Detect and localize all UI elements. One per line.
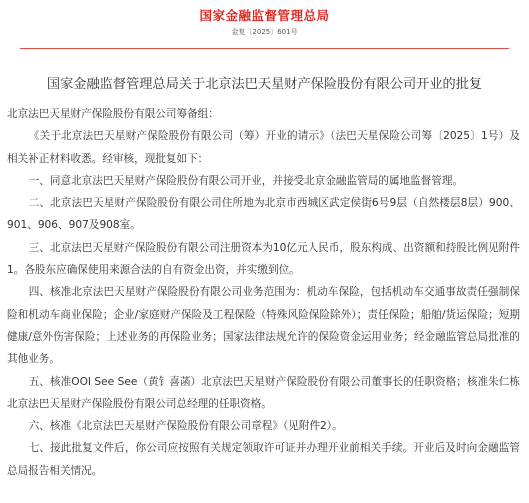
paragraph-2: 二、北京法巴天星财产保险股份有限公司住所地为北京市西城区武定侯街6号9层（自然楼…: [7, 192, 520, 237]
paragraph-7: 七、接此批复文件后，你公司应按照有关规定领取许可证并办理开业前相关手续。开业后及…: [7, 437, 520, 482]
paragraph-intro: 《关于北京法巴天星财产保险股份有限公司（筹）开业的请示》（法巴天星保险公司筹〔2…: [7, 125, 520, 170]
addressee: 北京法巴天星财产保险股份有限公司筹备组：: [7, 103, 520, 125]
header-divider: [20, 48, 509, 49]
paragraph-3: 三、北京法巴天星财产保险股份有限公司注册资本为10亿元人民币，股东构成、出资额和…: [7, 237, 520, 282]
paragraph-6: 六、核准《北京法巴天星财产保险股份有限公司章程》（见附件2）。: [7, 415, 520, 437]
paragraph-5: 五、核准OOI See See（黄钅喜菡）北京法巴天星财产保险股份有限公司董事长…: [7, 371, 520, 416]
document-number: 金复〔2025〕601号: [0, 27, 529, 37]
document-body: 北京法巴天星财产保险股份有限公司筹备组： 《关于北京法巴天星财产保险股份有限公司…: [7, 103, 520, 482]
document-page: 国家金融监督管理总局 金复〔2025〕601号 国家金融监督管理总局关于北京法巴…: [0, 0, 529, 503]
document-title: 国家金融监督管理总局关于北京法巴天星财产保险股份有限公司开业的批复: [0, 73, 529, 92]
paragraph-1: 一、同意北京法巴天星财产保险股份有限公司开业，并接受北京金融监管局的属地监督管理…: [7, 170, 520, 192]
issuing-organization: 国家金融监督管理总局: [0, 6, 529, 24]
paragraph-4: 四、核准北京法巴天星财产保险股份有限公司业务范围为：机动车保险，包括机动车交通事…: [7, 281, 520, 370]
